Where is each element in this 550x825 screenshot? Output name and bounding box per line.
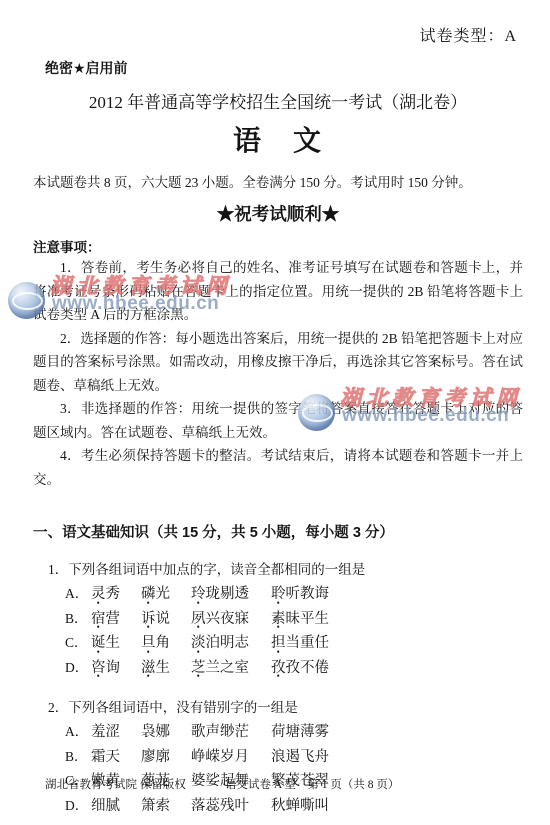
option-word: 淡泊明志 [191,631,271,652]
option-word: 廖廓 [141,745,191,766]
option-word: 芝兰之室 [191,656,271,677]
option-word: 担当重任 [271,631,523,652]
option-letter: D． [65,794,91,814]
option-word: 孜孜不倦 [271,656,523,677]
option-word: 羞涩 [91,720,141,741]
option-word: 滋生 [141,656,191,677]
question-1-option-c: C． 诞生 旦角 淡泊明志 担当重任 [33,631,523,656]
option-letter: A． [65,582,91,602]
option-word: 聆听教诲 [271,582,523,603]
option-word: 浪遏飞舟 [271,745,523,766]
option-word: 秋蝉嘶叫 [271,794,523,815]
question-1-stem: 1．下列各组词语中加点的字，读音全都相同的一组是 [33,558,523,578]
wish-line: ★祝考试顺利★ [33,201,523,226]
option-letter: B． [65,745,91,765]
notices-heading: 注意事项： [33,236,523,256]
exam-title: 2012 年普通高等学校招生全国统一考试（湖北卷） [33,88,523,113]
option-word: 灵秀 [91,582,141,603]
notice-item-1: 1．答卷前，考生务必将自己的姓名、准考证号填写在试题卷和答题卡上，并将准考证号条… [33,256,523,327]
option-word: 玲珑剔透 [191,582,271,603]
page-number-text: 语文试卷 A 型 第 1 页（共 8 页） [225,776,399,792]
paper-type-label: 试卷类型：A [419,23,517,46]
page-content: 绝密★启用前 2012 年普通高等学校招生全国统一考试（湖北卷） 语 文 本试题… [0,0,550,818]
option-word: 诞生 [91,631,141,652]
option-word: 峥嵘岁月 [191,745,271,766]
option-word: 落蕊残叶 [191,794,271,815]
option-word: 歌声缈茫 [191,720,271,741]
notice-item-2: 2．选择题的作答：每小题选出答案后，用统一提供的 2B 铅笔把答题卡上对应题目的… [33,327,523,398]
option-word: 宿营 [91,607,141,628]
question-1-option-b: B． 宿营 诉说 夙兴夜寐 素昧平生 [33,607,523,632]
option-letter: B． [65,607,91,627]
option-word: 荷塘薄雾 [271,720,523,741]
option-word: 霜天 [91,745,141,766]
notice-item-3: 3．非选择题的作答：用统一提供的签字笔将答案直接答在答题卡上对应的答题区域内。答… [33,397,523,444]
question-2-option-a: A． 羞涩 袅娜 歌声缈茫 荷塘薄雾 [33,720,523,745]
option-word: 诉说 [141,607,191,628]
option-word: 旦角 [141,631,191,652]
option-word: 箫索 [141,794,191,815]
option-word: 磷光 [141,582,191,603]
option-letter: A． [65,720,91,740]
option-word: 咨询 [91,656,141,677]
option-word: 素昧平生 [271,607,523,628]
question-2-option-d: D． 细腻 箫索 落蕊残叶 秋蝉嘶叫 [33,794,523,819]
question-2-option-b: B． 霜天 廖廓 峥嵘岁月 浪遏飞舟 [33,745,523,770]
option-letter: D． [65,656,91,676]
option-word: 夙兴夜寐 [191,607,271,628]
subject-title: 语 文 [33,119,523,159]
question-1-option-a: A． 灵秀 磷光 玲珑剔透 聆听教诲 [33,582,523,607]
option-word: 袅娜 [141,720,191,741]
section-heading: 一、语文基础知识（共 15 分，共 5 小题，每小题 3 分） [33,521,523,542]
exam-paper-page: 试卷类型：A 绝密★启用前 2012 年普通高等学校招生全国统一考试（湖北卷） … [0,0,550,825]
notice-item-4: 4．考生必须保持答题卡的整洁。考试结束后，请将本试题卷和答题卡一并上交。 [33,444,523,491]
option-word: 细腻 [91,794,141,815]
paper-info-line: 本试题卷共 8 页，六大题 23 小题。全卷满分 150 分。考试用时 150 … [33,171,523,191]
question-2-stem: 2．下列各组词语中，没有错别字的一组是 [33,696,523,716]
copyright-text: 湖北省教育考试院 保留版权 [45,776,186,792]
question-1-option-d: D． 咨询 滋生 芝兰之室 孜孜不倦 [33,656,523,681]
option-letter: C． [65,631,91,651]
